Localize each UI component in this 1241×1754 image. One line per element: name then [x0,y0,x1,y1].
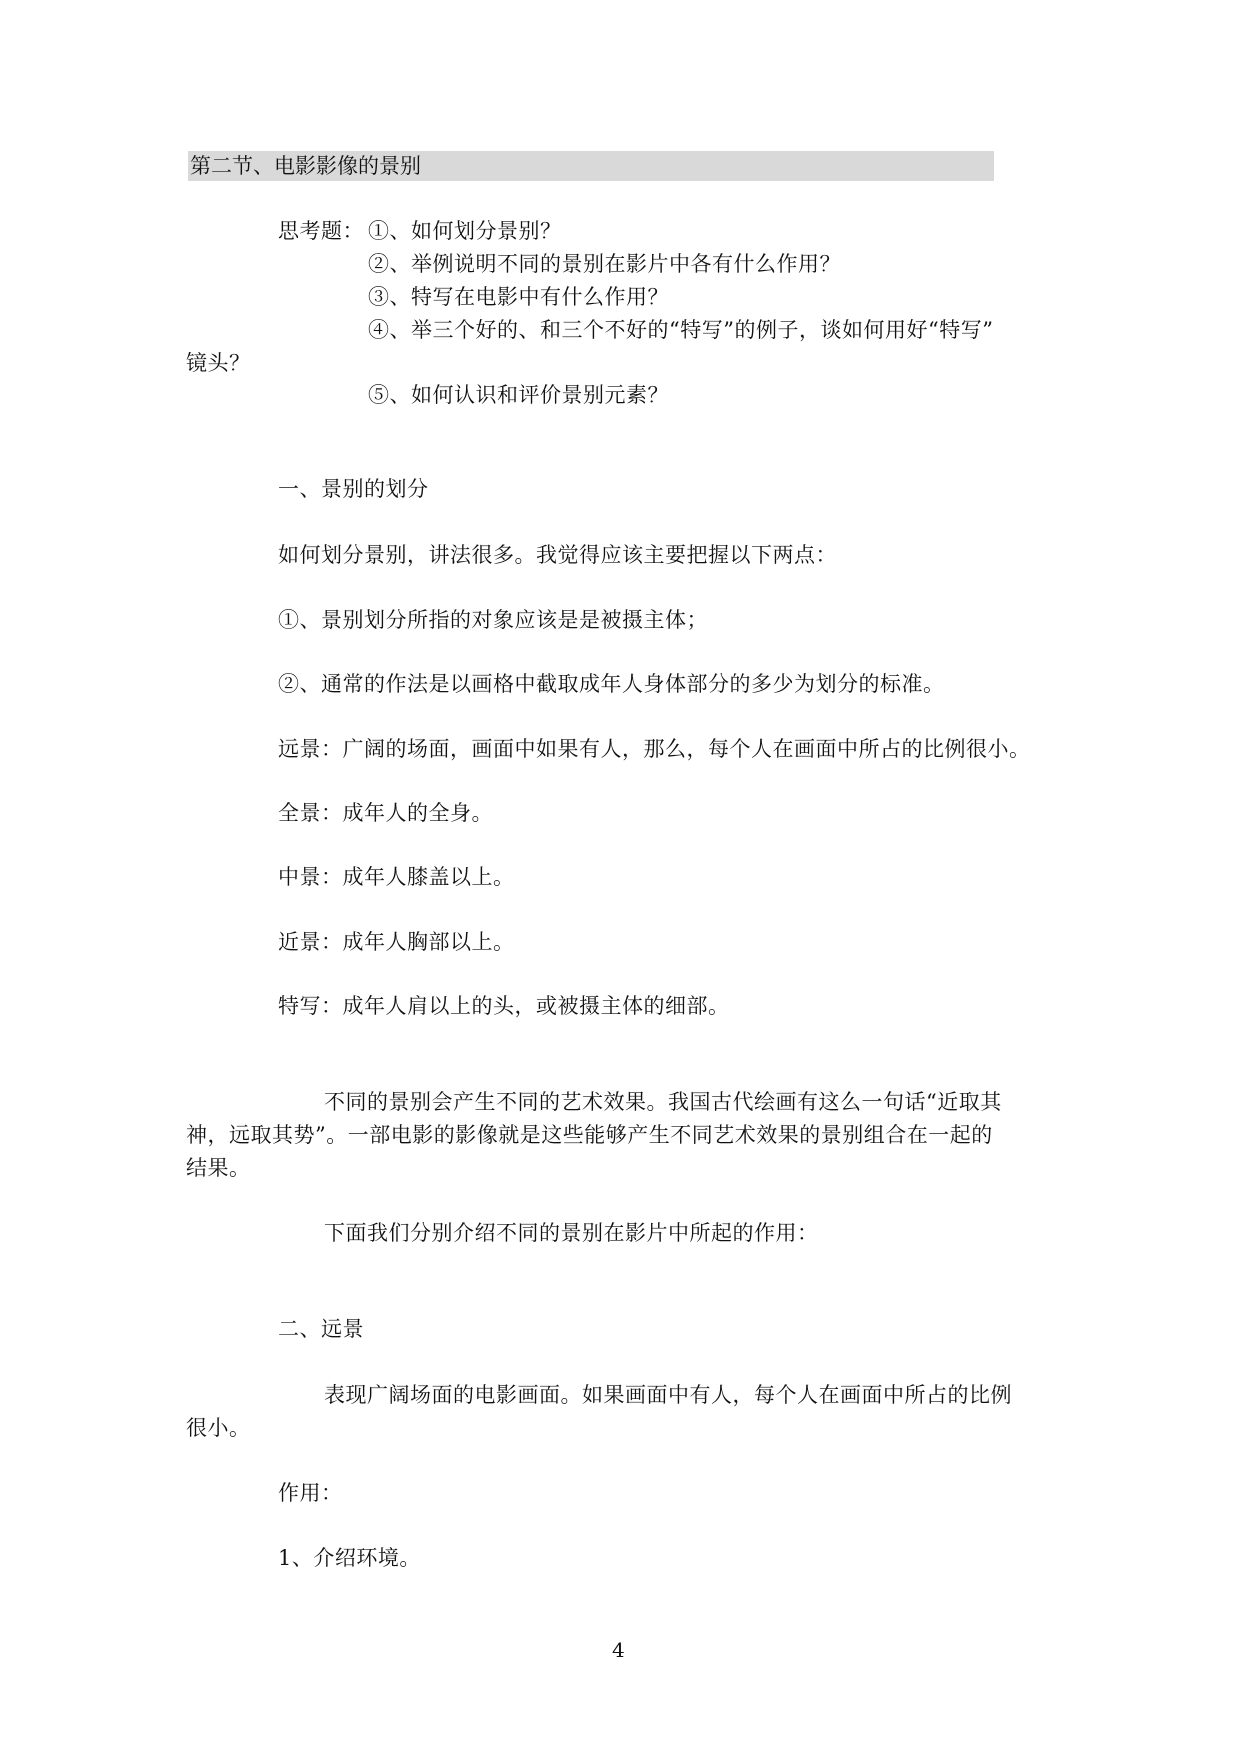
definition-long-shot: 远景：广阔的场面，画面中如果有人，那么，每个人在画面中所占的比例很小。 [278,734,1031,764]
definition-full-shot: 全景：成年人的全身。 [278,798,493,828]
questions-label: 思考题： [278,216,364,246]
question-item: ⑤、如何认识和评价景别元素？ [368,380,669,410]
part2-desc-line: 表现广阔场面的电影画面。如果画面中有人，每个人在画面中所占的比例 [324,1380,1012,1410]
question-item-wrap: 镜头？ [186,348,251,378]
part2-desc-line: 很小。 [186,1413,251,1443]
function-label: 作用： [278,1478,343,1508]
question-item: ④、举三个好的、和三个不好的“特写”的例子，谈如何用好“特写” [368,315,993,345]
part1-title: 一、景别的划分 [278,474,429,504]
page-number: 4 [612,1636,625,1664]
question-item: ①、如何划分景别？ [368,216,562,246]
effect-paragraph-line: 神，远取其势”。一部电影的影像就是这些能够产生不同艺术效果的景别组合在一起的 [186,1120,993,1150]
section-heading: 第二节、电影影像的景别 [190,151,421,181]
effect-paragraph-line: 结果。 [186,1153,251,1183]
function-item: 1、介绍环境。 [278,1543,421,1573]
effect-paragraph-line: 不同的景别会产生不同的艺术效果。我国古代绘画有这么一句话“近取其 [324,1087,1002,1117]
definition-close-up: 特写：成年人肩以上的头，或被摄主体的细部。 [278,991,730,1021]
part1-point2: ②、通常的作法是以画格中截取成年人身体部分的多少为划分的标准。 [278,669,945,699]
definition-close-shot: 近景：成年人胸部以上。 [278,927,515,957]
part1-intro: 如何划分景别，讲法很多。我觉得应该主要把握以下两点： [278,540,837,570]
transition-text: 下面我们分别介绍不同的景别在影片中所起的作用： [324,1218,819,1248]
part2-title: 二、远景 [278,1314,364,1344]
question-item: ②、举例说明不同的景别在影片中各有什么作用？ [368,249,841,279]
definition-medium-shot: 中景：成年人膝盖以上。 [278,862,515,892]
question-item: ③、特写在电影中有什么作用？ [368,282,669,312]
part1-point1: ①、景别划分所指的对象应该是是被摄主体； [278,605,708,635]
